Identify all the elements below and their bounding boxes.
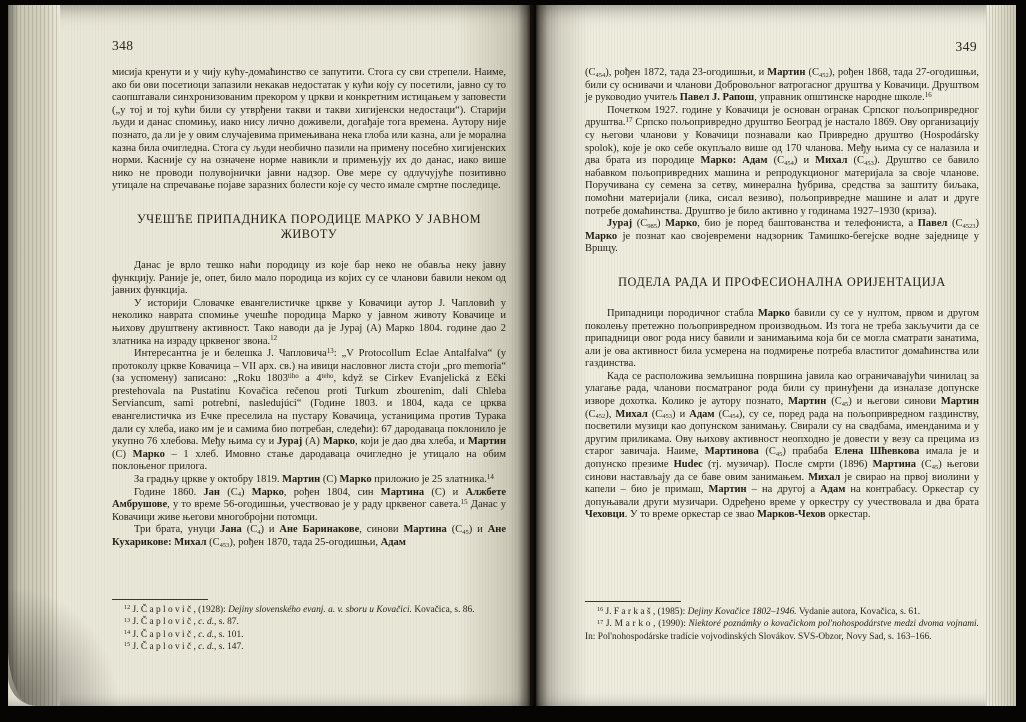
footnote: 12 J. Č a p l o v i č , (1928): Dejiny s… (112, 604, 506, 616)
paragraph: Припадници породичног стабла Марко бавил… (585, 308, 979, 371)
section-heading: УЧЕШЋЕ ПРИПАДНИКА ПОРОДИЦЕ МАРКО У ЈАВНО… (112, 212, 506, 242)
right-footnotes: 16 J. F a r k a š , (1985): Dejiny Kovač… (585, 601, 979, 643)
left-page-corner-shadow (8, 576, 128, 706)
paragraph: Данас је врло тешко наћи породицу из кој… (112, 260, 506, 298)
section-heading: ПОДЕЛА РАДА И ПРОФЕСИОНАЛНА ОРИЈЕНТАЦИЈА (585, 275, 979, 290)
footnote: 15 J. Č a p l o v i č , c. d., s. 147. (112, 641, 506, 653)
left-footnotes: 12 J. Č a p l o v i č , (1928): Dejiny s… (112, 599, 506, 653)
right-page-edges (986, 5, 1016, 706)
paragraph: Године 1860. Јан (C4) Марко, рођен 1804,… (112, 487, 506, 525)
left-footnote-list: 12 J. Č a p l o v i č , (1928): Dejiny s… (112, 604, 506, 653)
right-footnote-list: 16 J. F a r k a š , (1985): Dejiny Kovač… (585, 606, 979, 643)
paragraph: (C454), рођен 1872, тада 23-огодишњи, и … (585, 67, 979, 105)
footnote-separator (112, 599, 208, 600)
footnote: 16 J. F a r k a š , (1985): Dejiny Kovač… (585, 606, 979, 618)
footnote: 17 J. M a r k o , (1990): Niektoré pozná… (585, 618, 979, 643)
right-text-column: (C454), рођен 1872, тада 23-огодишњи, и … (585, 67, 979, 522)
page-number-right: 349 (956, 39, 977, 55)
paragraph: Интересантна је и белешка Ј. Чапловича13… (112, 348, 506, 474)
left-text-column: мисија кренути и у чију кућу-домаћинство… (112, 67, 506, 550)
page-number-left: 348 (112, 38, 133, 54)
book-spread: 348 мисија кренути и у чију кућу-домаћин… (0, 0, 1026, 722)
footnote-separator (585, 601, 681, 602)
left-page: 348 мисија кренути и у чију кућу-домаћин… (8, 5, 530, 706)
paragraph: Три брата, унуци Јана (C4) и Ане Баринак… (112, 524, 506, 549)
paragraph: У историји Словачке евангелистичке цркве… (112, 298, 506, 348)
paragraph: Почетком 1927. године у Ковачици је осно… (585, 105, 979, 218)
paragraph: Када се расположива земљишна површина ја… (585, 371, 979, 522)
footnote: 13 J. Č a p l o v i č , c. d., s. 87. (112, 616, 506, 628)
right-page: 349 (C454), рођен 1872, тада 23-огодишњи… (536, 5, 1016, 706)
paragraph: Јурај (C985) Марко, био је поред баштова… (585, 218, 979, 256)
paragraph: мисија кренути и у чију кућу-домаћинство… (112, 67, 506, 193)
footnote: 14 J. Č a p l o v i č , c. d., s. 101. (112, 629, 506, 641)
paragraph: За градњу цркве у октобру 1819. Мартин (… (112, 474, 506, 487)
